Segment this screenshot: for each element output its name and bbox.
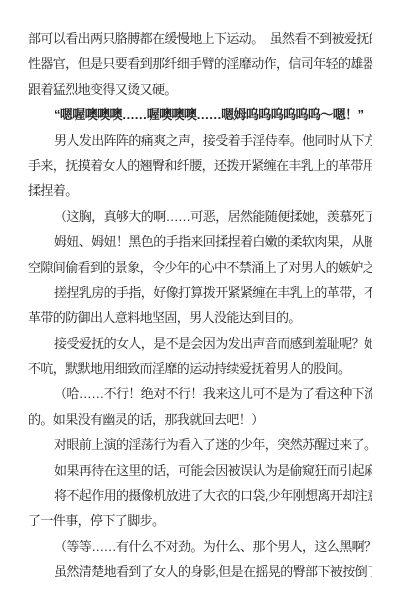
text-line: 跟着猛烈地变得又烫又硬。 [28, 77, 372, 102]
text-line: 的。如果没有幽灵的话，那我就回去吧！） [28, 407, 372, 432]
text-line: 如果再待在这里的话，可能会因被误认为是偷窥狂而引起麻烦。 [28, 458, 372, 483]
document-page: 部可以看出两只胳膊都在缓慢地上下运动。 虽然看不到被爱抚的男性器官，但是只要看到… [0, 0, 400, 614]
paragraph: 搓捏乳房的手指，好像打算拨开紧紧缠在丰乳上的革带，不过，革带的防御出人意料地坚固… [28, 280, 372, 331]
text-line: 空隙间偷看到的景象，令少年的心中不禁涌上了对男人的嫉妒之情。 [28, 255, 372, 280]
text-line: 了一件事，停下了脚步。 [28, 508, 372, 533]
paragraph: （等等……有什么不对劲。为什么、那个男人，这么黑啊？） [28, 534, 372, 559]
paragraph: 姆妞、姆妞！黑色的手指来回揉捏着白嫩的柔软肉果，从腋下的空隙间偷看到的景象，令少… [28, 229, 372, 280]
text-line: 手来，抚摸着女人的翘臀和纤腰，还拨开紧缠在丰乳上的革带用力地 [28, 153, 372, 178]
text-line: 姆妞、姆妞！黑色的手指来回揉捏着白嫩的柔软肉果，从腋下的 [28, 229, 372, 254]
text-line: 性器官，但是只要看到那纤细手臂的淫靡动作，信司年轻的雄器官也 [28, 51, 372, 76]
text-line: 接受爱抚的女人，是不是会因为发出声音而感到羞耻呢？她一声 [28, 331, 372, 356]
paragraph: （哈……不行！绝对不行！我来这儿可不是为了看这种下流场景的。如果没有幽灵的话，那… [28, 381, 372, 432]
paragraph: 如果再待在这里的话，可能会因被误认为是偷窥狂而引起麻烦。 [28, 458, 372, 483]
paragraph: 对眼前上演的淫荡行为看入了迷的少年，突然苏醒过来了。 [28, 432, 372, 457]
text-line: 不吭，默默地用细致而淫靡的运动持续爱抚着男人的股间。 [28, 356, 372, 381]
text-line: 搓捏乳房的手指，好像打算拨开紧紧缠在丰乳上的革带，不过， [28, 280, 372, 305]
paragraph: 将不起作用的摄像机放进了大衣的口袋,少年刚想离开却注意到了一件事，停下了脚步。 [28, 483, 372, 534]
paragraph: （这胸，真够大的啊……可恶，居然能随便揉她，羡慕死了！） [28, 204, 372, 229]
text-line: （这胸，真够大的啊……可恶，居然能随便揉她，羡慕死了！） [28, 204, 372, 229]
text-line: （等等……有什么不对劲。为什么、那个男人，这么黑啊？） [28, 534, 372, 559]
paragraph: 虽然清楚地看到了女人的身影,但是在摇晃的臀部下被按倒了的 [28, 559, 372, 584]
paragraph: 部可以看出两只胳膊都在缓慢地上下运动。 虽然看不到被爱抚的男性器官，但是只要看到… [28, 26, 372, 102]
text-line: （哈……不行！绝对不行！我来这儿可不是为了看这种下流场景 [28, 381, 372, 406]
text-content: 部可以看出两只胳膊都在缓慢地上下运动。 虽然看不到被爱抚的男性器官，但是只要看到… [28, 26, 372, 585]
paragraph: 男人发出阵阵的痛爽之声，接受着手淫侍奉。他同时从下方伸出手来，抚摸着女人的翘臀和… [28, 128, 372, 204]
text-line: 部可以看出两只胳膊都在缓慢地上下运动。 虽然看不到被爱抚的男 [28, 26, 372, 51]
text-line: 男人发出阵阵的痛爽之声，接受着手淫侍奉。他同时从下方伸出 [28, 128, 372, 153]
text-line: 揉捏着。 [28, 178, 372, 203]
text-line: 对眼前上演的淫荡行为看入了迷的少年，突然苏醒过来了。 [28, 432, 372, 457]
dialogue-paragraph: “嗯喔噢噢噢……喔噢噢噢……嗯姆呜呜呜呜呜呜～嗯！” [28, 102, 372, 127]
text-line: 革带的防御出人意料地坚固，男人没能达到目的。 [28, 305, 372, 330]
text-line: 将不起作用的摄像机放进了大衣的口袋,少年刚想离开却注意到 [28, 483, 372, 508]
paragraph: 接受爱抚的女人，是不是会因为发出声音而感到羞耻呢？她一声不吭，默默地用细致而淫靡… [28, 331, 372, 382]
text-line: “嗯喔噢噢噢……喔噢噢噢……嗯姆呜呜呜呜呜呜～嗯！” [28, 102, 372, 127]
text-line: 虽然清楚地看到了女人的身影,但是在摇晃的臀部下被按倒了的 [28, 559, 372, 584]
